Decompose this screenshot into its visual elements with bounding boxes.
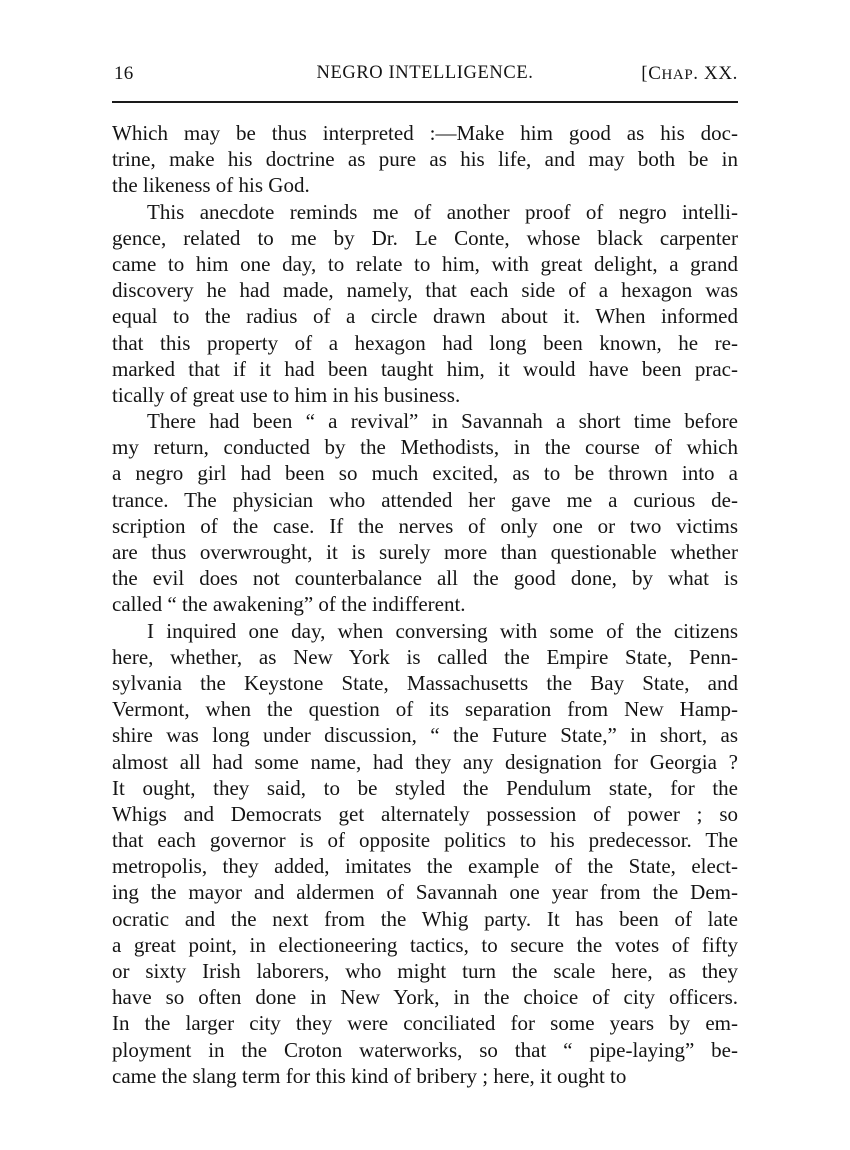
text-line: have so often done in New York, in the c… (112, 984, 738, 1010)
paragraph: This anecdote reminds me of another proo… (112, 199, 738, 409)
running-head: 16 NEGRO INTELLIGENCE. [CHAP. XX. (112, 60, 738, 90)
text-line: the evil does not counterbalance all the… (112, 565, 738, 591)
text-line: ing the mayor and aldermen of Savannah o… (112, 879, 738, 905)
text-line: metropolis, they added, imitates the exa… (112, 853, 738, 879)
text-line: equal to the radius of a circle drawn ab… (112, 303, 738, 329)
text-line: that this property of a hexagon had long… (112, 330, 738, 356)
book-page: 16 NEGRO INTELLIGENCE. [CHAP. XX. Which … (112, 60, 738, 90)
text-line: ployment in the Croton waterworks, so th… (112, 1037, 738, 1063)
text-line: Which may be thus interpreted :—Make him… (112, 120, 738, 146)
text-line: Whigs and Democrats get alternately poss… (112, 801, 738, 827)
text-line: my return, conducted by the Methodists, … (112, 434, 738, 460)
text-line: ocratic and the next from the Whig party… (112, 906, 738, 932)
text-line: This anecdote reminds me of another proo… (112, 199, 738, 225)
chapter-smallcaps: HAP (661, 67, 693, 83)
paragraph: There had been “ a revival” in Savannah … (112, 408, 738, 618)
text-line: came the slang term for this kind of bri… (112, 1063, 738, 1089)
text-line: trine, make his doctrine as pure as his … (112, 146, 738, 172)
text-line: There had been “ a revival” in Savannah … (112, 408, 738, 434)
body-text: Which may be thus interpreted :—Make him… (112, 120, 738, 1089)
paragraph: I inquired one day, when conversing with… (112, 618, 738, 1089)
text-line: or sixty Irish laborers, who might turn … (112, 958, 738, 984)
text-line: shire was long under discussion, “ the F… (112, 722, 738, 748)
text-line: tically of great use to him in his busin… (112, 382, 738, 408)
text-line: here, whether, as New York is called the… (112, 644, 738, 670)
text-line: the likeness of his God. (112, 172, 738, 198)
text-line: came to him one day, to relate to him, w… (112, 251, 738, 277)
text-line: gence, related to me by Dr. Le Conte, wh… (112, 225, 738, 251)
paragraph: Which may be thus interpreted :—Make him… (112, 120, 738, 199)
text-line: I inquired one day, when conversing with… (112, 618, 738, 644)
text-line: trance. The physician who attended her g… (112, 487, 738, 513)
text-line: are thus overwrought, it is surely more … (112, 539, 738, 565)
chapter-number: . XX. (693, 63, 738, 84)
chapter-label: [CHAP. XX. (641, 63, 738, 85)
text-line: called “ the awakening” of the indiffere… (112, 591, 738, 617)
text-line: a great point, in electioneering tactics… (112, 932, 738, 958)
text-line: Vermont, when the question of its separa… (112, 696, 738, 722)
text-line: sylvania the Keystone State, Massachuset… (112, 670, 738, 696)
text-line: discovery he had made, namely, that each… (112, 277, 738, 303)
text-line: It ought, they said, to be styled the Pe… (112, 775, 738, 801)
text-line: marked that if it had been taught him, i… (112, 356, 738, 382)
text-line: scription of the case. If the nerves of … (112, 513, 738, 539)
text-line: a negro girl had been so much excited, a… (112, 460, 738, 486)
text-line: almost all had some name, had they any d… (112, 749, 738, 775)
text-line: that each governor is of opposite politi… (112, 827, 738, 853)
header-rule (112, 101, 738, 103)
chapter-bracket: [C (641, 63, 661, 84)
text-line: In the larger city they were conciliated… (112, 1010, 738, 1036)
